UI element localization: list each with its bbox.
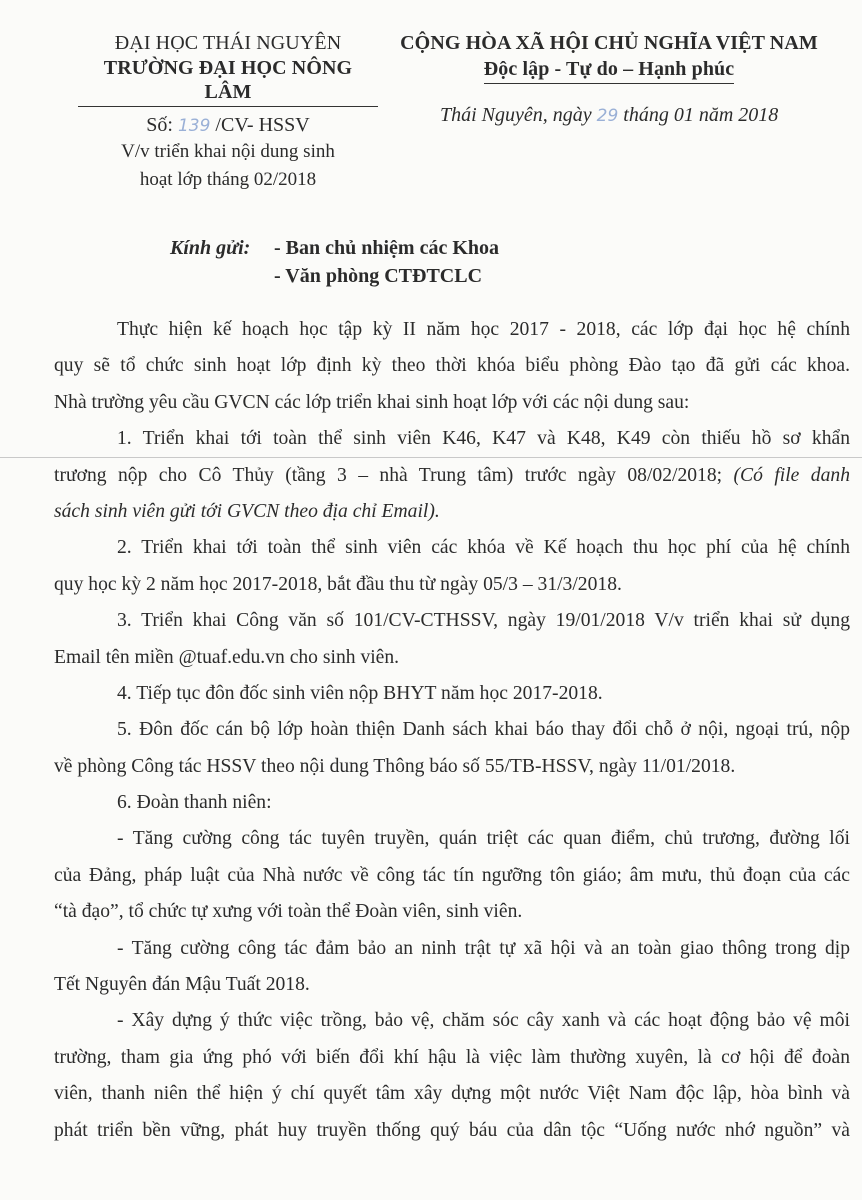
body-line: - Tăng cường công tác tuyên truyền, quán… — [54, 821, 850, 857]
body-line-italic-note: (Có file danh — [734, 465, 850, 486]
body-line-italic-note: sách sinh viên gửi tới GVCN theo địa chỉ… — [54, 501, 440, 522]
country-name: CỘNG HÒA XÃ HỘI CHỦ NGHĨA VIỆT NAM — [380, 30, 838, 56]
body-line-text: Nhà trường yêu cầu GVCN các lớp triển kh… — [54, 392, 689, 413]
body-line-text: Tết Nguyên đán Mậu Tuất 2018. — [54, 974, 310, 995]
date-prefix: Thái Nguyên, ngày — [440, 104, 597, 126]
national-header: CỘNG HÒA XÃ HỘI CHỦ NGHĨA VIỆT NAM Độc l… — [380, 30, 838, 84]
recipients: Kính gửi:- Ban chủ nhiệm các Khoa — [170, 237, 499, 260]
body-line: quy học kỳ 2 năm học 2017-2018, bắt đầu … — [54, 567, 850, 603]
date-suffix: tháng 01 năm 2018 — [618, 104, 778, 126]
body-line-text: “tà đạo”, tổ chức tự xưng với toàn thể Đ… — [54, 901, 522, 922]
body-line: viên, thanh niên thể hiện ý chí quyết tâ… — [54, 1076, 850, 1112]
body-line: 3. Triển khai Công văn số 101/CV-CTHSSV,… — [54, 603, 850, 639]
document-number: Số: 139 /CV- HSSV — [78, 112, 378, 139]
date-day-handwritten: 29 — [597, 106, 619, 126]
document-body: Thực hiện kế hoạch học tập kỳ II năm học… — [54, 312, 850, 1149]
body-line: về phòng Công tác HSSV theo nội dung Thô… — [54, 749, 850, 785]
body-line: quy sẽ tổ chức sinh hoạt lớp định kỳ the… — [54, 348, 850, 384]
body-line-text: 4. Tiếp tục đôn đốc sinh viên nộp BHYT n… — [117, 683, 603, 704]
body-line: 4. Tiếp tục đôn đốc sinh viên nộp BHYT n… — [54, 676, 850, 712]
national-motto: Độc lập - Tự do – Hạnh phúc — [484, 57, 735, 84]
body-line: trương nộp cho Cô Thủy (tầng 3 – nhà Tru… — [54, 458, 850, 494]
body-line: Thực hiện kế hoạch học tập kỳ II năm học… — [54, 312, 850, 348]
body-line-text: Thực hiện kế hoạch học tập kỳ II năm học… — [117, 319, 850, 340]
document-page: ĐẠI HỌC THÁI NGUYÊN TRƯỜNG ĐẠI HỌC NÔNG … — [0, 0, 862, 1200]
body-line: phát triển bền vững, phát huy truyền thố… — [54, 1113, 850, 1149]
body-line-text: - Tăng cường công tác đảm bảo an ninh tr… — [117, 938, 850, 959]
body-line: - Tăng cường công tác đảm bảo an ninh tr… — [54, 931, 850, 967]
body-line-text: về phòng Công tác HSSV theo nội dung Thô… — [54, 756, 735, 777]
body-line: của Đảng, pháp luật của Nhà nước về công… — [54, 858, 850, 894]
body-line-text: 1. Triển khai tới toàn thể sinh viên K46… — [117, 428, 850, 449]
recipients-label: Kính gửi: — [170, 237, 274, 260]
doc-number-prefix: Số: — [146, 114, 178, 136]
body-line-text: - Xây dựng ý thức việc trồng, bảo vệ, ch… — [117, 1010, 850, 1031]
issuing-organization: ĐẠI HỌC THÁI NGUYÊN TRƯỜNG ĐẠI HỌC NÔNG … — [78, 30, 378, 107]
body-line-text: phát triển bền vững, phát huy truyền thố… — [54, 1120, 850, 1141]
recipient-item: - Ban chủ nhiệm các Khoa — [274, 237, 499, 259]
body-line: 1. Triển khai tới toàn thể sinh viên K46… — [54, 421, 850, 457]
body-line-text: quy sẽ tổ chức sinh hoạt lớp định kỳ the… — [54, 355, 850, 376]
body-line-text: trương nộp cho Cô Thủy (tầng 3 – nhà Tru… — [54, 465, 734, 486]
body-line-text: - Tăng cường công tác tuyên truyền, quán… — [117, 828, 850, 849]
body-line: 5. Đôn đốc cán bộ lớp hoàn thiện Danh sá… — [54, 712, 850, 748]
subject-line-1: V/v triển khai nội dung sinh — [78, 138, 378, 166]
body-line: “tà đạo”, tổ chức tự xưng với toàn thể Đ… — [54, 894, 850, 930]
body-line: - Xây dựng ý thức việc trồng, bảo vệ, ch… — [54, 1003, 850, 1039]
body-line-text: Email tên miền @tuaf.edu.vn cho sinh viê… — [54, 647, 399, 668]
body-line-text: 6. Đoàn thanh niên: — [117, 792, 272, 813]
body-line-text: 2. Triển khai tới toàn thể sinh viên các… — [117, 537, 850, 558]
body-line: 6. Đoàn thanh niên: — [54, 785, 850, 821]
body-line-text: trường, tham gia ứng phó với biến đổi kh… — [54, 1047, 850, 1068]
body-line-text: quy học kỳ 2 năm học 2017-2018, bắt đầu … — [54, 574, 622, 595]
document-subject: V/v triển khai nội dung sinh hoạt lớp th… — [78, 138, 378, 194]
body-line: trường, tham gia ứng phó với biến đổi kh… — [54, 1040, 850, 1076]
organization-name: TRƯỜNG ĐẠI HỌC NÔNG LÂM — [78, 56, 378, 107]
subject-line-2: hoạt lớp tháng 02/2018 — [78, 166, 378, 194]
parent-organization: ĐẠI HỌC THÁI NGUYÊN — [78, 30, 378, 56]
body-line-text: 5. Đôn đốc cán bộ lớp hoàn thiện Danh sá… — [117, 719, 850, 740]
recipient-item: - Văn phòng CTĐTCLC — [274, 265, 482, 288]
body-line: 2. Triển khai tới toàn thể sinh viên các… — [54, 530, 850, 566]
body-line: Tết Nguyên đán Mậu Tuất 2018. — [54, 967, 850, 1003]
doc-number-suffix: /CV- HSSV — [210, 114, 309, 136]
body-line-text: viên, thanh niên thể hiện ý chí quyết tâ… — [54, 1083, 850, 1104]
body-line-text: của Đảng, pháp luật của Nhà nước về công… — [54, 865, 850, 886]
body-line: Email tên miền @tuaf.edu.vn cho sinh viê… — [54, 640, 850, 676]
body-line: sách sinh viên gửi tới GVCN theo địa chỉ… — [54, 494, 850, 530]
body-line: Nhà trường yêu cầu GVCN các lớp triển kh… — [54, 385, 850, 421]
doc-number-handwritten: 139 — [178, 116, 210, 136]
body-line-text: 3. Triển khai Công văn số 101/CV-CTHSSV,… — [117, 610, 850, 631]
document-date: Thái Nguyên, ngày 29 tháng 01 năm 2018 — [440, 104, 778, 127]
